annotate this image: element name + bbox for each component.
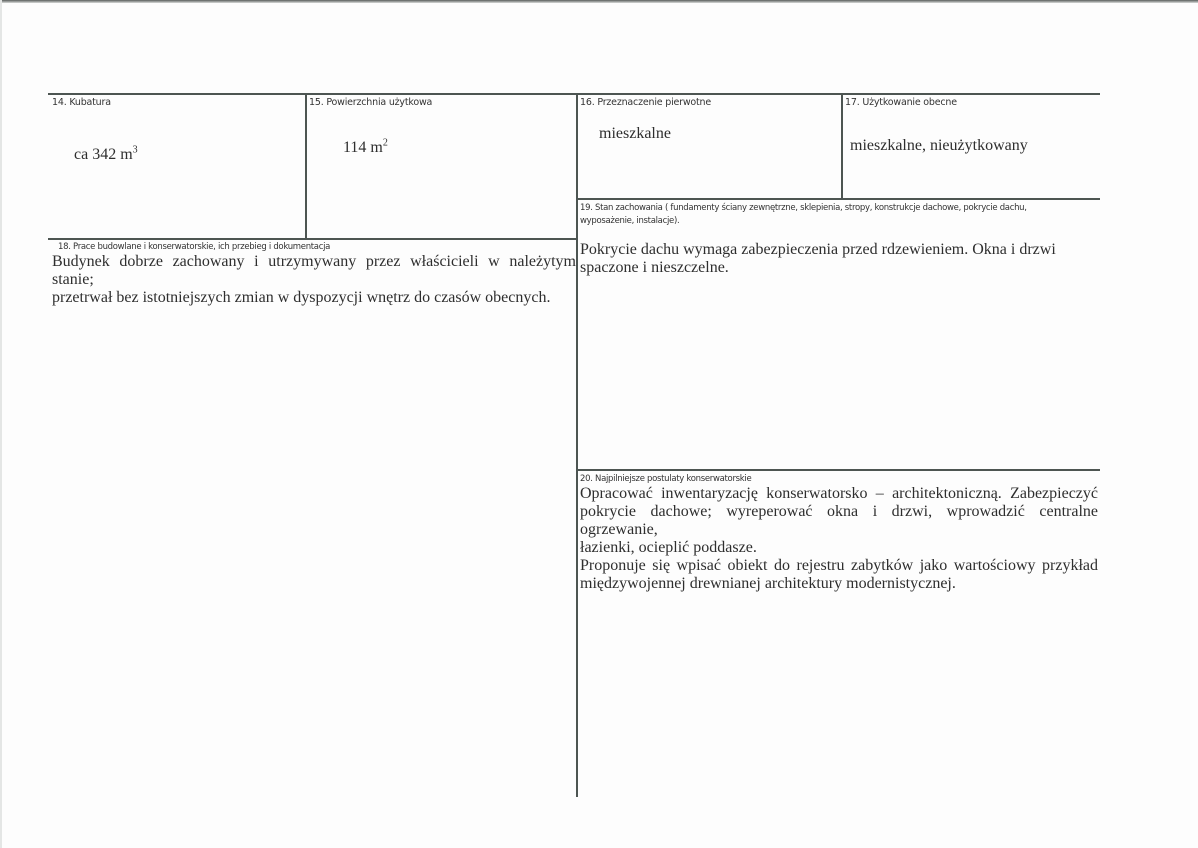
text-line: Proponuje się wpisać obiekt do rejestru … — [580, 557, 1098, 575]
text-line: przetrwał bez istotniejszych zmian w dys… — [52, 289, 576, 307]
field-19-label-cont: wyposażenie, instalacje). — [580, 216, 679, 226]
text-line: Pokrycie dachu wymaga zabezpieczenia prz… — [580, 241, 1080, 259]
table-border-20-top — [576, 469, 1100, 471]
text-line: Budynek dobrze zachowany i utrzymywany p… — [52, 253, 576, 289]
table-border-19-top — [576, 198, 1100, 200]
field-17-value: mieszkalne, nieużytkowany — [850, 137, 1028, 155]
field-16-value: mieszkalne — [599, 125, 671, 143]
field-19-text: Pokrycie dachu wymaga zabezpieczenia prz… — [580, 241, 1080, 277]
field-20-text: Opracować inwentaryzację konserwatorsko … — [580, 485, 1098, 593]
field-19-label: 19. Stan zachowania ( fundamenty ściany … — [580, 203, 1027, 213]
field-14-value: ca 342 m3 — [74, 146, 138, 164]
field-16-label: 16. Przeznaczenie pierwotne — [580, 97, 711, 108]
text-line: łazienki, ocieplić poddasze. — [580, 539, 1098, 557]
text-line: pokrycie dachowe; wyreperować okna i drz… — [580, 503, 1098, 539]
scan-edge — [0, 0, 1198, 3]
field-15-label: 15. Powierzchnia użytkowa — [309, 97, 432, 108]
text-line: międzywojennej drewnianej architektury m… — [580, 575, 1098, 593]
field-17-label: 17. Użytkowanie obecne — [845, 97, 957, 108]
field-18-text: Budynek dobrze zachowany i utrzymywany p… — [52, 253, 576, 307]
field-20-label: 20. Najpilniejsze postulaty konserwators… — [580, 474, 751, 484]
field-15-value: 114 m2 — [343, 139, 388, 157]
field-14-label: 14. Kubatura — [52, 97, 111, 108]
table-divider-16-17 — [841, 93, 843, 199]
unit-exponent: 2 — [383, 138, 388, 149]
text-line: spaczone i nieszczelne. — [580, 259, 1080, 277]
text-line: Opracować inwentaryzację konserwatorsko … — [580, 485, 1098, 503]
table-border-top — [48, 93, 1100, 95]
scan-edge — [0, 0, 2, 848]
table-border-18-top — [48, 238, 578, 240]
field-18-label: 18. Prace budowlane i konserwatorskie, i… — [58, 242, 330, 252]
table-divider-14-15 — [305, 93, 307, 239]
unit-exponent: 3 — [133, 145, 138, 156]
